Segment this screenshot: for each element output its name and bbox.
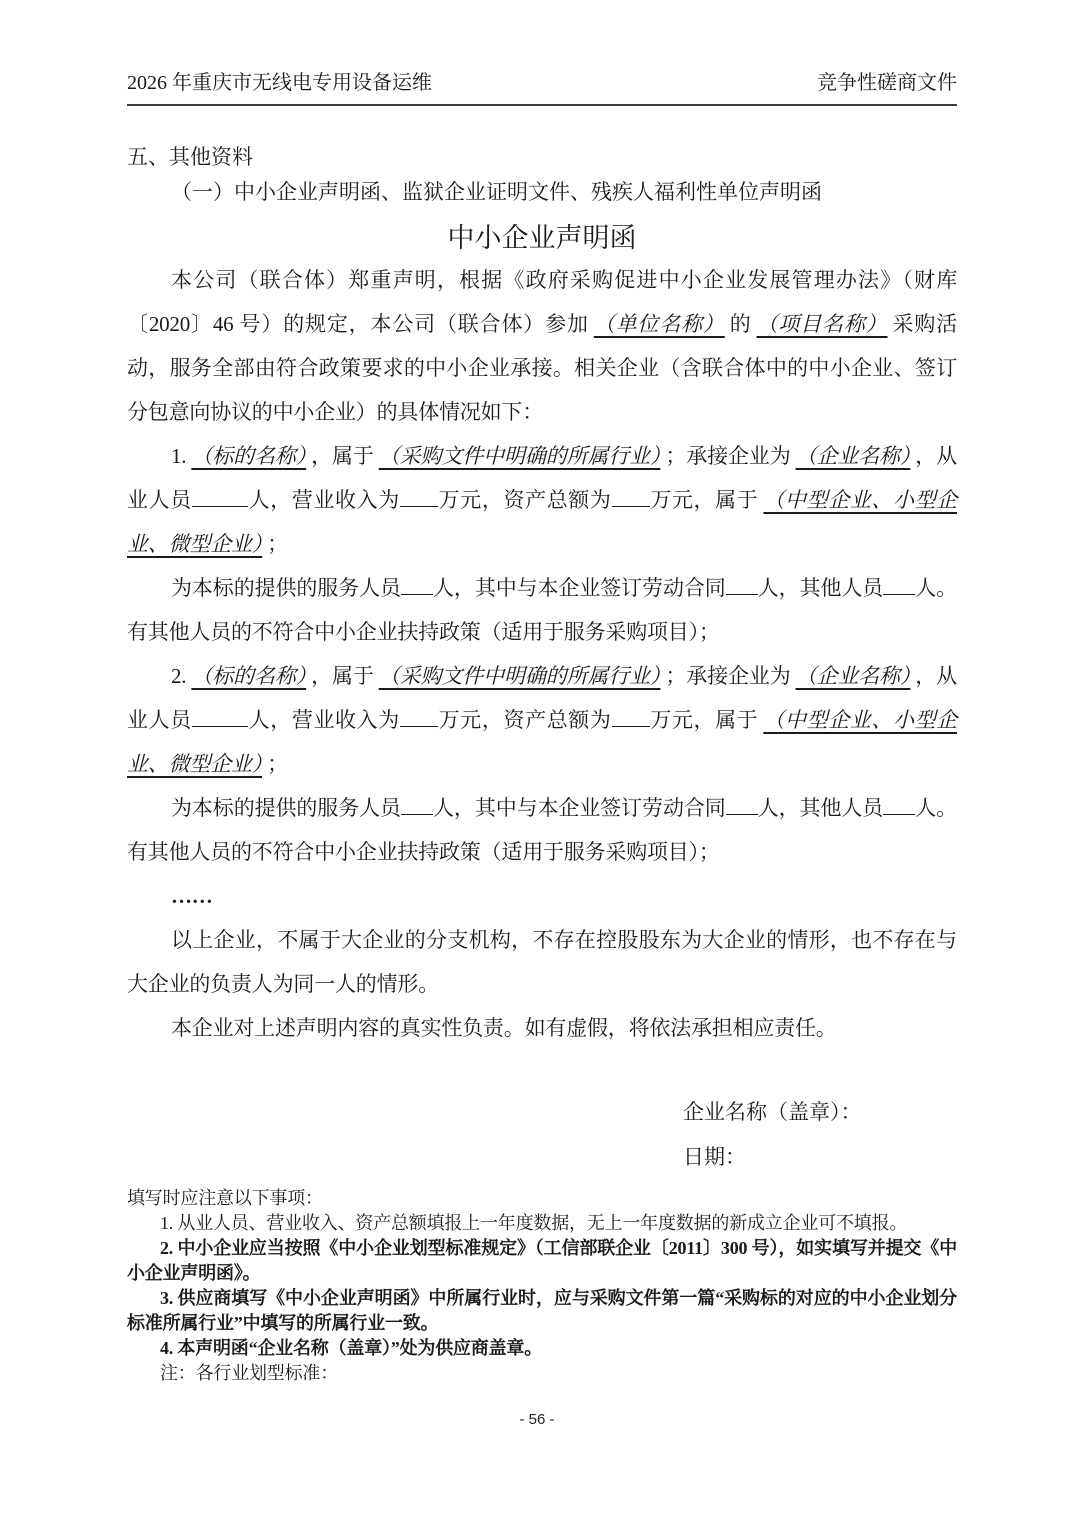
text-run: 1. bbox=[171, 444, 186, 468]
header-project-title: 2026 年重庆市无线电专用设备运维 bbox=[127, 70, 432, 96]
para-ellipsis: …… bbox=[127, 874, 957, 918]
fill-in-placeholder: （采购文件中明确的所属行业） bbox=[374, 664, 666, 688]
para-intro: 本公司（联合体）郑重声明，根据《政府采购促进中小企业发展管理办法》（财库〔202… bbox=[127, 258, 957, 434]
text-run: 人，营业收入为 bbox=[248, 488, 400, 512]
text-run: 万元，属于 bbox=[650, 488, 759, 512]
document-page: 2026 年重庆市无线电专用设备运维 竞争性磋商文件 五、其他资料 （一）中小企… bbox=[0, 0, 1074, 1520]
header-doc-type: 竞争性磋商文件 bbox=[817, 70, 957, 96]
text-run: 2. bbox=[171, 664, 186, 688]
note-item: 3. 供应商填写《中小企业声明函》中所属行业时，应与采购文件第一篇“采购标的对应… bbox=[127, 1286, 957, 1336]
text-run: 人，其中与本企业签订劳动合同 bbox=[433, 796, 726, 820]
notes-standards-label: 注：各行业划型标准： bbox=[127, 1361, 957, 1386]
section-subheading: （一）中小企业声明函、监狱企业证明文件、残疾人福利性单位声明函 bbox=[127, 174, 957, 210]
blank-underline bbox=[726, 813, 758, 815]
declaration-body: 本公司（联合体）郑重声明，根据《政府采购促进中小企业发展管理办法》（财库〔202… bbox=[127, 258, 957, 1050]
blank-underline bbox=[400, 505, 438, 507]
notes-section: 填写时应注意以下事项： 1. 从业人员、营业收入、资产总额填报上一年度数据，无上… bbox=[127, 1186, 957, 1386]
notes-intro: 填写时应注意以下事项： bbox=[127, 1186, 957, 1211]
text-run: 人，其他人员 bbox=[758, 576, 884, 600]
blank-underline bbox=[401, 813, 433, 815]
text-run: ； bbox=[267, 752, 288, 776]
text-run: ；承接企业为 bbox=[665, 444, 790, 468]
para-service-1: 为本标的提供的服务人员人，其中与本企业签订劳动合同人，其他人员人。有其他人员的不… bbox=[127, 566, 957, 654]
note-item: 4. 本声明函“企业名称（盖章）”处为供应商盖章。 bbox=[127, 1336, 957, 1361]
text-run: 的 bbox=[730, 312, 752, 336]
fill-in-placeholder: （标的名称） bbox=[186, 664, 311, 688]
blank-underline bbox=[192, 725, 248, 727]
text-run: 为本标的提供的服务人员 bbox=[171, 576, 401, 600]
note-item: 1. 从业人员、营业收入、资产总额填报上一年度数据，无上一年度数据的新成立企业可… bbox=[127, 1211, 957, 1236]
declaration-title: 中小企业声明函 bbox=[127, 218, 957, 258]
blank-underline bbox=[612, 725, 650, 727]
fill-in-placeholder: （企业名称） bbox=[791, 444, 916, 468]
text-run: 人，营业收入为 bbox=[248, 708, 400, 732]
note-item: 2. 中小企业应当按照《中小企业划型标准规定》（工信部联企业〔2011〕300 … bbox=[127, 1236, 957, 1286]
text-run: ，属于 bbox=[311, 664, 374, 688]
signature-company-label: 企业名称（盖章）： bbox=[683, 1090, 957, 1135]
text-run: 万元，属于 bbox=[650, 708, 759, 732]
signature-date-label: 日期： bbox=[683, 1135, 957, 1180]
text-run: ，属于 bbox=[311, 444, 374, 468]
page-header: 2026 年重庆市无线电专用设备运维 竞争性磋商文件 bbox=[127, 70, 957, 106]
para-closing-2: 本企业对上述声明内容的真实性负责。如有虚假，将依法承担相应责任。 bbox=[127, 1006, 957, 1050]
blank-underline bbox=[883, 813, 915, 815]
text-run: 为本标的提供的服务人员 bbox=[171, 796, 401, 820]
blank-underline bbox=[192, 505, 248, 507]
text-run: ； bbox=[267, 532, 288, 556]
text-run: 万元，资产总额为 bbox=[438, 708, 612, 732]
para-item-1: 1.（标的名称），属于（采购文件中明确的所属行业）；承接企业为（企业名称），从业… bbox=[127, 434, 957, 566]
text-run: 人，其中与本企业签订劳动合同 bbox=[433, 576, 726, 600]
fill-in-placeholder: （采购文件中明确的所属行业） bbox=[374, 444, 666, 468]
fill-in-placeholder: （项目名称） bbox=[752, 312, 893, 336]
text-run: 万元，资产总额为 bbox=[438, 488, 612, 512]
text-run: 人，其他人员 bbox=[758, 796, 884, 820]
text-run: ；承接企业为 bbox=[665, 664, 790, 688]
page-number: - 56 - bbox=[0, 1411, 1074, 1428]
fill-in-placeholder: （标的名称） bbox=[186, 444, 311, 468]
blank-underline bbox=[883, 593, 915, 595]
signature-block: 企业名称（盖章）： 日期： bbox=[683, 1090, 957, 1180]
blank-underline bbox=[726, 593, 758, 595]
para-closing-1: 以上企业，不属于大企业的分支机构，不存在控股股东为大企业的情形，也不存在与大企业… bbox=[127, 918, 957, 1006]
fill-in-placeholder: （单位名称） bbox=[589, 312, 730, 336]
fill-in-placeholder: （企业名称） bbox=[791, 664, 916, 688]
section-heading: 五、其他资料 bbox=[127, 140, 957, 174]
para-service-2: 为本标的提供的服务人员人，其中与本企业签订劳动合同人，其他人员人。有其他人员的不… bbox=[127, 786, 957, 874]
blank-underline bbox=[400, 725, 438, 727]
blank-underline bbox=[401, 593, 433, 595]
blank-underline bbox=[612, 505, 650, 507]
notes-list: 1. 从业人员、营业收入、资产总额填报上一年度数据，无上一年度数据的新成立企业可… bbox=[127, 1211, 957, 1361]
para-item-2: 2.（标的名称），属于（采购文件中明确的所属行业）；承接企业为（企业名称），从业… bbox=[127, 654, 957, 786]
